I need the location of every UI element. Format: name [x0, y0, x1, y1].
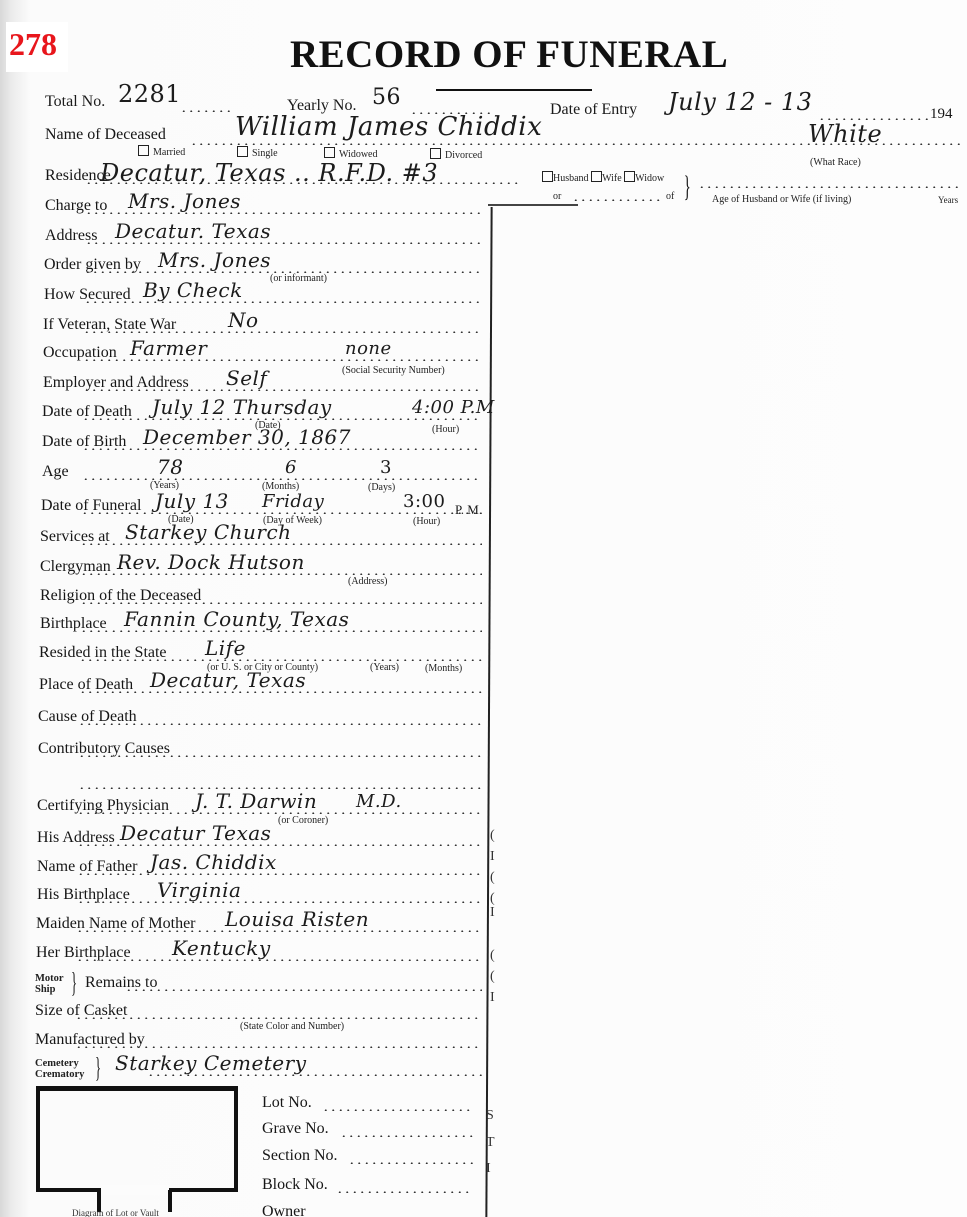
- field-value[interactable]: Kentucky: [172, 936, 271, 960]
- dotted-leader: [75, 1017, 482, 1019]
- field-caption: (State Color and Number): [240, 1021, 344, 1032]
- funeral-record-page: 278 RECORD OF FUNERAL Total No. 2281 Yea…: [0, 0, 967, 1217]
- total-no-label: Total No.: [45, 93, 105, 110]
- divider-top: [488, 204, 578, 206]
- dotted-leader: [80, 602, 482, 604]
- checkbox-single[interactable]: Single: [237, 146, 278, 159]
- field-caption: (or Coroner): [278, 815, 328, 826]
- field-caption: (or informant): [270, 273, 327, 284]
- field-value[interactable]: Farmer: [130, 336, 207, 360]
- field-value[interactable]: By Check: [143, 278, 243, 302]
- field-value[interactable]: Decatur Texas: [120, 821, 271, 845]
- field-value-2[interactable]: 4:00 P.M: [412, 397, 495, 418]
- field-suffix: P. M.: [455, 502, 482, 518]
- lot-diagram-caption: Diagram of Lot or Vault: [72, 1208, 159, 1217]
- brace-glyph: }: [684, 170, 691, 204]
- field-label: Age: [42, 463, 69, 481]
- checkbox-box[interactable]: [237, 146, 248, 157]
- dotted-leader: [125, 989, 482, 991]
- page-number-badge: 278: [6, 22, 68, 72]
- field-value[interactable]: J. T. Darwin: [195, 789, 317, 813]
- field-prefix: MotorShip: [35, 973, 64, 995]
- checkbox-married[interactable]: Married: [138, 145, 185, 158]
- race-value: White: [808, 120, 882, 148]
- field-value-2[interactable]: 6: [285, 457, 297, 478]
- date-of-entry-field: Date of Entry: [550, 101, 637, 119]
- document-title: RECORD OF FUNERAL: [290, 32, 728, 77]
- field-value[interactable]: December 30, 1867: [143, 425, 351, 449]
- field-value[interactable]: 78: [157, 455, 183, 479]
- dotted-leader: [340, 1135, 473, 1137]
- field-value[interactable]: Jas. Chiddix: [150, 850, 277, 874]
- field-value[interactable]: July 13: [155, 489, 229, 513]
- field-value[interactable]: July 12 Thursday: [152, 395, 332, 419]
- field-value-2[interactable]: none: [345, 338, 392, 359]
- dotted-leader: [77, 901, 482, 903]
- dotted-leader: [77, 873, 482, 875]
- date-of-entry-label: Date of Entry: [550, 101, 637, 118]
- date-of-entry-value: July 12 - 13: [668, 88, 812, 116]
- margin-glyph: I: [490, 905, 495, 921]
- name-of-deceased-label: Name of Deceased: [45, 126, 166, 144]
- year-prefix: 194: [930, 106, 953, 123]
- spouse-age-label: Age of Husband or Wife (if living): [712, 194, 851, 205]
- yearly-no-value: 56: [372, 85, 401, 110]
- dotted-leader: [322, 1109, 472, 1111]
- dotted-leader: [82, 478, 482, 480]
- checkbox-wife[interactable]: [591, 171, 602, 182]
- dotted-leader: [572, 199, 662, 201]
- field-value[interactable]: Louisa Risten: [225, 907, 369, 931]
- margin-glyph: (: [490, 870, 495, 886]
- dotted-leader: [180, 110, 235, 112]
- dotted-leader: [336, 1191, 473, 1193]
- field-value[interactable]: No: [228, 308, 259, 332]
- field-value[interactable]: Virginia: [157, 878, 241, 902]
- checkbox-box[interactable]: [430, 148, 441, 159]
- dotted-leader: [79, 659, 482, 661]
- field-caption-3: (Days): [368, 482, 395, 493]
- field-value[interactable]: Starkey Cemetery: [115, 1051, 307, 1075]
- lot-diagram-box: [36, 1086, 238, 1192]
- lot-diagram-leg-right: [168, 1190, 172, 1212]
- dotted-leader: [75, 1046, 482, 1048]
- dotted-leader: [78, 723, 482, 725]
- checkbox-widow[interactable]: [624, 171, 635, 182]
- field-value[interactable]: Decatur, Texas: [150, 668, 306, 692]
- lot-field-label: Lot No.: [262, 1094, 312, 1112]
- margin-glyph: I: [486, 1161, 491, 1177]
- field-value[interactable]: Decatur. Texas: [115, 219, 271, 243]
- field-value[interactable]: Mrs. Jones: [158, 248, 271, 272]
- field-value[interactable]: Self: [226, 366, 267, 390]
- field-value[interactable]: Starkey Church: [125, 520, 292, 544]
- field-caption-2: (Hour): [432, 424, 459, 435]
- spouse-age-unit: Years: [938, 195, 958, 205]
- lot-field-label: Owner: [262, 1203, 306, 1217]
- total-no-field: Total No.: [45, 93, 105, 111]
- margin-glyph: (: [490, 969, 495, 985]
- checkbox-box[interactable]: [324, 147, 335, 158]
- field-caption-3: (Hour): [413, 516, 440, 527]
- field-caption-3: (Months): [425, 663, 462, 674]
- race-caption: (What Race): [810, 157, 861, 168]
- dotted-leader: [698, 186, 960, 188]
- dotted-leader: [83, 389, 482, 391]
- margin-glyph: I: [490, 849, 495, 865]
- field-caption: (Address): [348, 576, 387, 587]
- spouse-checkboxes: Husband Wife Widow: [542, 171, 664, 184]
- checkbox-husband[interactable]: [542, 171, 553, 182]
- margin-glyph: T: [486, 1135, 495, 1151]
- column-divider: [485, 207, 492, 1217]
- field-value[interactable]: Decatur, Texas .. R.F.D. #3: [100, 159, 438, 187]
- dotted-leader: [81, 512, 482, 514]
- field-value[interactable]: Mrs. Jones: [128, 189, 241, 213]
- dotted-leader: [348, 1162, 473, 1164]
- field-value-2[interactable]: M.D.: [356, 791, 402, 812]
- field-value[interactable]: Life: [205, 636, 246, 660]
- lot-field-label: Grave No.: [262, 1120, 329, 1138]
- field-prefix: CemeteryCrematory: [35, 1058, 84, 1080]
- field-value-2[interactable]: Friday: [262, 491, 324, 512]
- field-value[interactable]: Fannin County, Texas: [124, 607, 349, 631]
- title-underline: [436, 89, 592, 91]
- field-caption: (Social Security Number): [342, 365, 445, 376]
- field-value[interactable]: Rev. Dock Hutson: [117, 550, 305, 574]
- margin-glyph: I: [490, 990, 495, 1006]
- spouse-or-label: or: [553, 191, 561, 202]
- dotted-leader: [78, 755, 482, 757]
- field-value-3[interactable]: 3: [380, 457, 392, 478]
- dotted-leader: [83, 331, 482, 333]
- total-no-value: 2281: [118, 80, 181, 108]
- margin-glyph: (: [490, 948, 495, 964]
- lot-field-label: Section No.: [262, 1147, 338, 1165]
- checkbox-box[interactable]: [138, 145, 149, 156]
- field-value-3[interactable]: 3:00: [403, 491, 445, 512]
- lot-diagram-opening: [101, 1185, 169, 1195]
- field-caption-2: (Years): [370, 662, 399, 673]
- brace-glyph: }: [95, 1053, 101, 1085]
- spouse-of-label: of: [666, 191, 674, 202]
- brace-glyph: }: [71, 968, 77, 1000]
- deceased-name-value: William James Chiddix: [235, 112, 542, 142]
- lot-field-label: Block No.: [262, 1176, 328, 1194]
- margin-glyph: S: [486, 1108, 494, 1124]
- margin-glyph: (: [490, 828, 495, 844]
- dotted-leader: [76, 959, 482, 961]
